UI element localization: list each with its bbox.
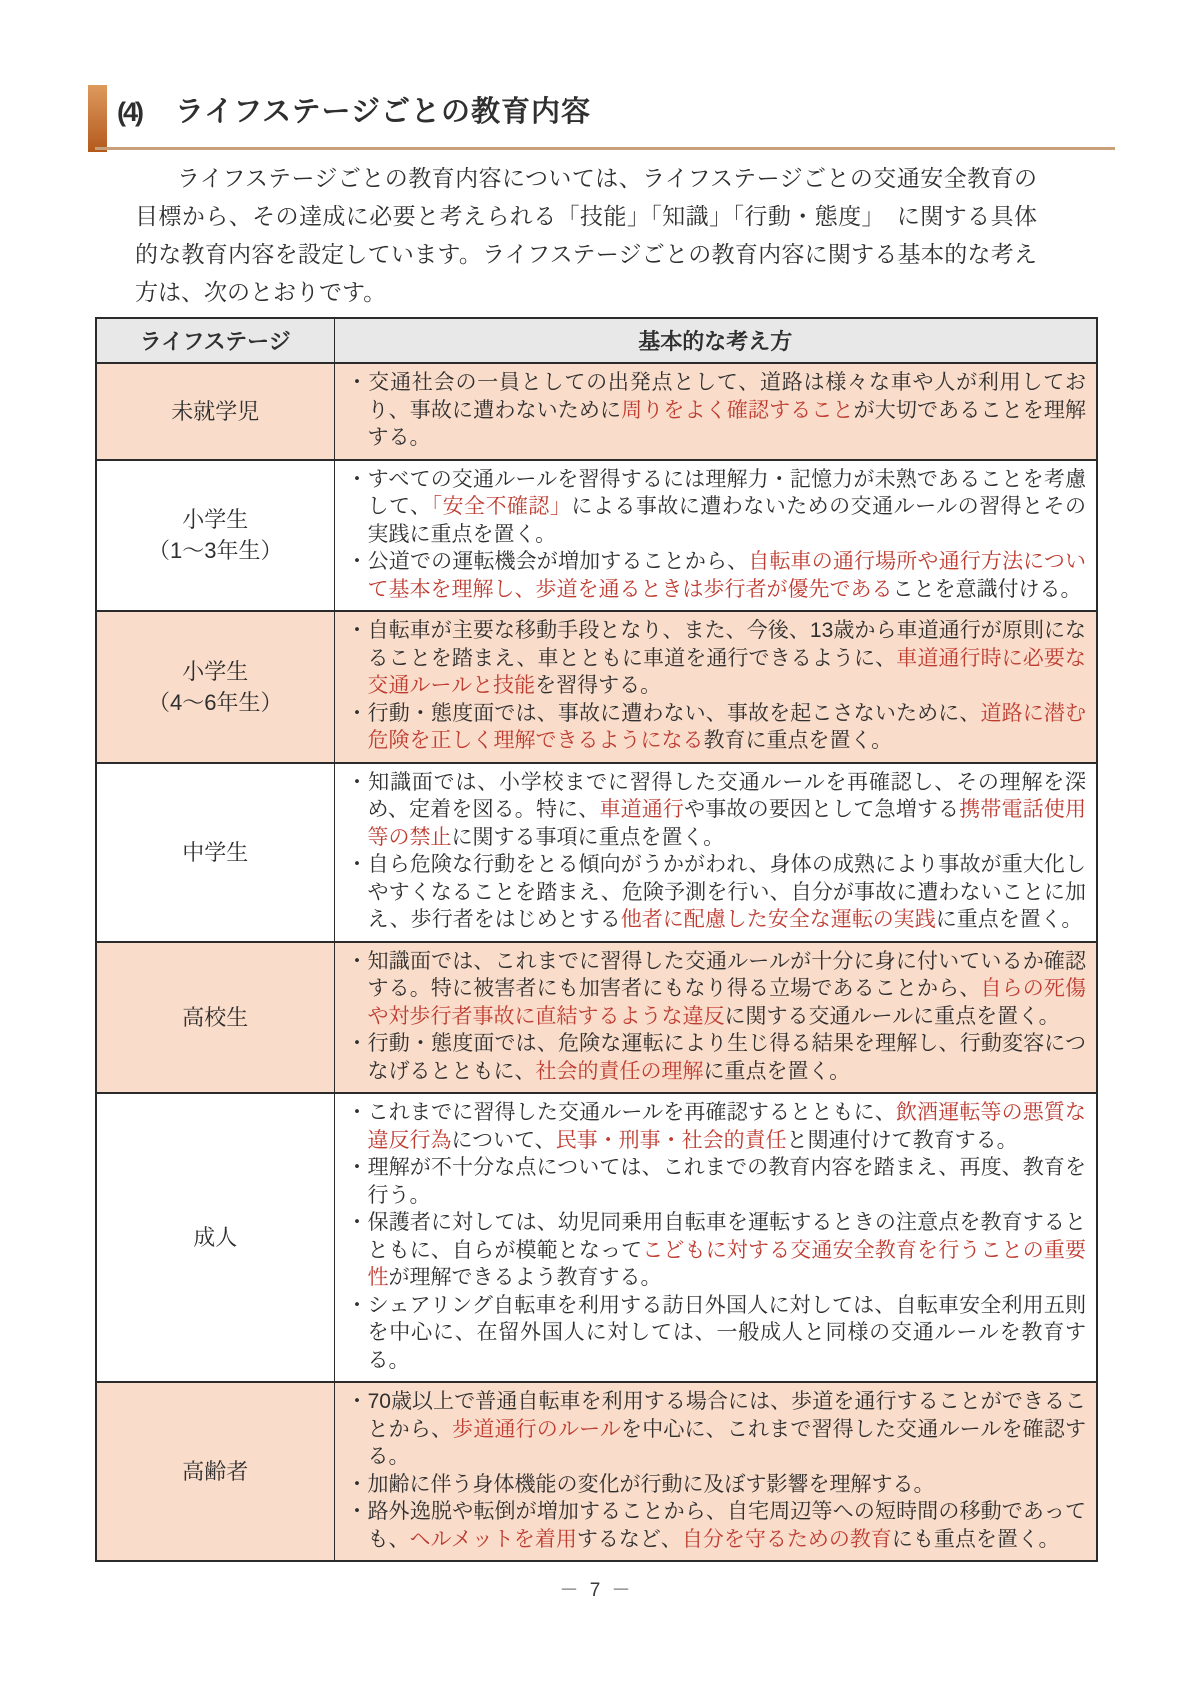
column-header-stage: ライフステージ (96, 318, 334, 363)
table-row: 小学生（4～6年生） ・自転車が主要な移動手段となり、また、今後、13歳から車道… (96, 611, 1097, 763)
text-segment: シェアリング自転車を利用する訪日外国人に対しては、自転車安全利用五則を中心に、在… (368, 1294, 1087, 1372)
text-segment: にも重点を置く。 (892, 1528, 1060, 1551)
stage-label: （1～3年生） (148, 538, 282, 563)
table-row: 高齢者 ・70歳以上で普通自転車を利用する場合には、歩道を通行することができるこ… (96, 1382, 1097, 1561)
bullet-marker: ・ (347, 1101, 368, 1124)
bullet-marker: ・ (347, 1211, 368, 1234)
table-row: 未就学児 ・交通社会の一員としての出発点として、道路は様々な車や人が利用しており… (96, 363, 1097, 460)
bullet-item: ・70歳以上で普通自転車を利用する場合には、歩道を通行することができることから、… (347, 1388, 1087, 1471)
table-row: 高校生 ・知識面では、これまでに習得した交通ルールが十分に身に付いているか確認す… (96, 942, 1097, 1094)
stage-cell: 高校生 (96, 942, 334, 1094)
bullet-marker: ・ (347, 853, 368, 876)
page-number: － 7 － (95, 1575, 1098, 1602)
highlight-text: 周りをよく確認すること (621, 399, 854, 422)
bullet-marker: ・ (347, 468, 368, 491)
table-row: 成人 ・これまでに習得した交通ルールを再確認するとともに、飲酒運転等の悪質な違反… (96, 1093, 1097, 1382)
content-cell: ・すべての交通ルールを習得するには理解力・記憶力が未熟であることを考慮して、「安… (334, 460, 1097, 612)
text-segment: について、 (452, 1129, 556, 1152)
stage-label: 未就学児 (171, 399, 259, 424)
text-segment: 加齢に伴う身体機能の変化が行動に及ぼす影響を理解する。 (368, 1473, 935, 1496)
section-number: (4) (117, 97, 141, 127)
highlight-text: 自分を守るための教育 (682, 1528, 892, 1551)
document-page: (4)ライフステージごとの教育内容 ライフステージごとの教育内容については、ライ… (0, 0, 1200, 1696)
highlight-text: ヘルメットを着用 (410, 1528, 577, 1551)
text-segment: 教育に重点を置く。 (704, 729, 893, 752)
text-segment: 知識面では、これまでに習得した交通ルールが十分に身に付いているか確認する。特に被… (368, 950, 1087, 1001)
table-body: 未就学児 ・交通社会の一員としての出発点として、道路は様々な車や人が利用しており… (96, 363, 1097, 1561)
highlight-text: 社会的責任の理解 (536, 1060, 704, 1083)
content-cell: ・知識面では、これまでに習得した交通ルールが十分に身に付いているか確認する。特に… (334, 942, 1097, 1094)
table-header-row: ライフステージ 基本的な考え方 (96, 318, 1097, 363)
bullet-marker: ・ (347, 1473, 368, 1496)
bullet-marker: ・ (347, 1500, 368, 1523)
content-cell: ・これまでに習得した交通ルールを再確認するとともに、飲酒運転等の悪質な違反行為に… (334, 1093, 1097, 1382)
bullet-item: ・すべての交通ルールを習得するには理解力・記憶力が未熟であることを考慮して、「安… (347, 466, 1087, 549)
stage-label: （4～6年生） (148, 690, 282, 715)
stage-label: 成人 (193, 1225, 237, 1250)
education-table: ライフステージ 基本的な考え方 未就学児 ・交通社会の一員としての出発点として、… (95, 317, 1098, 1562)
stage-cell: 小学生（4～6年生） (96, 611, 334, 763)
text-segment: に重点を置く。 (936, 908, 1083, 931)
bullet-item: ・保護者に対しては、幼児同乗用自転車を運転するときの注意点を教育するとともに、自… (347, 1209, 1087, 1292)
text-segment: が理解できるよう教育する。 (389, 1266, 662, 1289)
highlight-text: 車道通行 (599, 798, 684, 821)
bullet-item: ・交通社会の一員としての出発点として、道路は様々な車や人が利用しており、事故に遭… (347, 369, 1087, 452)
bullet-marker: ・ (347, 1294, 368, 1317)
column-header-policy: 基本的な考え方 (334, 318, 1097, 363)
bullet-item: ・知識面では、これまでに習得した交通ルールが十分に身に付いているか確認する。特に… (347, 948, 1087, 1031)
highlight-text: 他者に配慮した安全な運転の実践 (621, 908, 936, 931)
highlight-text: 「安全不確認」 (432, 495, 572, 518)
bullet-marker: ・ (347, 371, 369, 394)
stage-cell: 中学生 (96, 763, 334, 942)
text-segment: するなど、 (577, 1528, 682, 1551)
text-segment: を習得する。 (535, 674, 661, 697)
highlight-text: 民事・刑事・社会的責任 (556, 1129, 787, 1152)
bullet-marker: ・ (347, 1032, 368, 1055)
stage-label: 小学生 (182, 507, 248, 532)
text-segment: 行動・態度面では、事故に遭わない、事故を起こさないために、 (368, 702, 981, 725)
bullet-item: ・自転車が主要な移動手段となり、また、今後、13歳から車道通行が原則になることを… (347, 617, 1087, 700)
bullet-item: ・公道での運転機会が増加することから、自転車の通行場所や通行方法について基本を理… (347, 548, 1087, 603)
bullet-marker: ・ (347, 950, 368, 973)
stage-label: 小学生 (182, 659, 248, 684)
bullet-marker: ・ (347, 1156, 368, 1179)
table-row: 小学生（1～3年生） ・すべての交通ルールを習得するには理解力・記憶力が未熟であ… (96, 460, 1097, 612)
text-segment: に関する事項に重点を置く。 (452, 826, 725, 849)
stage-cell: 小学生（1～3年生） (96, 460, 334, 612)
content-cell: ・交通社会の一員としての出発点として、道路は様々な車や人が利用しており、事故に遭… (334, 363, 1097, 460)
bullet-item: ・自ら危険な行動をとる傾向がうかがわれ、身体の成熟により事故が重大化しやすくなる… (347, 851, 1087, 934)
heading: (4)ライフステージごとの教育内容 (117, 89, 591, 130)
stage-cell: 未就学児 (96, 363, 334, 460)
accent-bar (88, 85, 107, 152)
intro-paragraph: ライフステージごとの教育内容については、ライフステージごとの交通安全教育の目標か… (135, 159, 1037, 311)
content-cell: ・知識面では、小学校までに習得した交通ルールを再確認し、その理解を深め、定着を図… (334, 763, 1097, 942)
text-segment: 公道での運転機会が増加することから、 (368, 550, 749, 573)
bullet-marker: ・ (347, 702, 368, 725)
stage-label: 高齢者 (182, 1459, 248, 1484)
bullet-item: ・行動・態度面では、危険な運転により生じ得る結果を理解し、行動変容につなげるとと… (347, 1030, 1087, 1085)
text-segment: これまでに習得した交通ルールを再確認するとともに、 (368, 1101, 896, 1124)
bullet-marker: ・ (347, 550, 368, 573)
bullet-item: ・行動・態度面では、事故に遭わない、事故を起こさないために、道路に潜む危険を正し… (347, 700, 1087, 755)
stage-label: 中学生 (182, 840, 248, 865)
stage-cell: 成人 (96, 1093, 334, 1382)
text-segment: と関連付けて教育する。 (787, 1129, 1018, 1152)
text-segment: 理解が不十分な点については、これまでの教育内容を踏まえ、再度、教育を行う。 (368, 1156, 1087, 1207)
content-cell: ・70歳以上で普通自転車を利用する場合には、歩道を通行することができることから、… (334, 1382, 1097, 1561)
bullet-item: ・加齢に伴う身体機能の変化が行動に及ぼす影響を理解する。 (347, 1471, 1087, 1499)
content-cell: ・自転車が主要な移動手段となり、また、今後、13歳から車道通行が原則になることを… (334, 611, 1097, 763)
bullet-item: ・理解が不十分な点については、これまでの教育内容を踏まえ、再度、教育を行う。 (347, 1154, 1087, 1209)
section-header: (4)ライフステージごとの教育内容 (0, 85, 1200, 152)
text-segment: に重点を置く。 (704, 1060, 851, 1083)
bullet-item: ・知識面では、小学校までに習得した交通ルールを再確認し、その理解を深め、定着を図… (347, 769, 1087, 852)
text-segment: ことを意識付ける。 (893, 578, 1082, 601)
title-underline (95, 147, 1115, 150)
bullet-item: ・これまでに習得した交通ルールを再確認するとともに、飲酒運転等の悪質な違反行為に… (347, 1099, 1087, 1154)
bullet-marker: ・ (347, 619, 368, 642)
bullet-marker: ・ (347, 1390, 368, 1413)
highlight-text: 歩道通行のルール (452, 1418, 621, 1441)
bullet-item: ・路外逸脱や転倒が増加することから、自宅周辺等への短時間の移動であっても、ヘルメ… (347, 1498, 1087, 1553)
bullet-marker: ・ (347, 771, 369, 794)
page-title: ライフステージごとの教育内容 (175, 96, 591, 128)
stage-label: 高校生 (182, 1005, 248, 1030)
text-segment: や事故の要因として急増する (684, 798, 959, 821)
bullet-item: ・シェアリング自転車を利用する訪日外国人に対しては、自転車安全利用五則を中心に、… (347, 1292, 1087, 1375)
text-segment: に関する交通ルールに重点を置く。 (725, 1005, 1060, 1028)
table-row: 中学生 ・知識面では、小学校までに習得した交通ルールを再確認し、その理解を深め、… (96, 763, 1097, 942)
stage-cell: 高齢者 (96, 1382, 334, 1561)
